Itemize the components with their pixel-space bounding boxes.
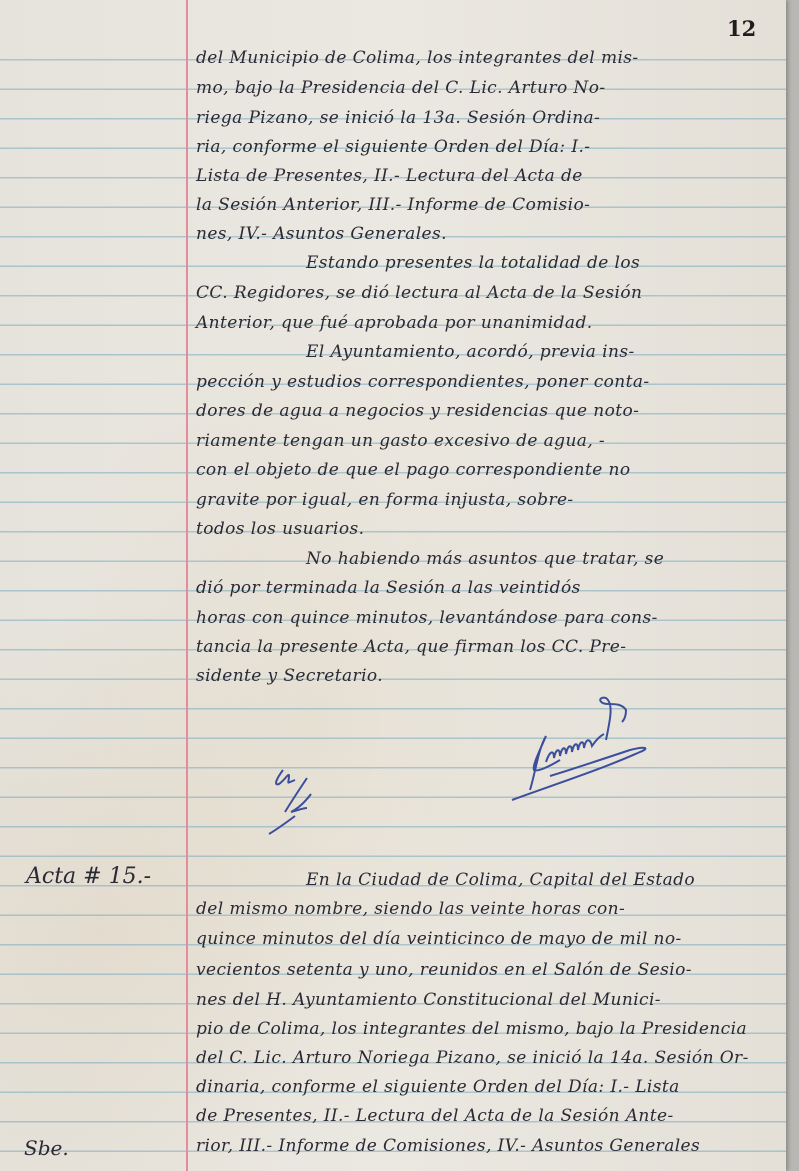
bottom-margin-note: Sbe. xyxy=(24,1136,69,1160)
text-line: tancia la presente Acta, que firman los … xyxy=(196,637,786,657)
text-line: ria, conforme el siguiente Orden del Día… xyxy=(196,137,786,157)
text-line: En la Ciudad de Colima, Capital del Esta… xyxy=(196,870,799,890)
ledger-page: 12 del Municipio de Colima, los integran… xyxy=(0,0,786,1171)
text-line: la Sesión Anterior, III.- Informe de Com… xyxy=(196,195,786,215)
text-line: rior, III.- Informe de Comisiones, IV.- … xyxy=(196,1136,786,1156)
signature-secretary xyxy=(255,750,345,840)
text-line: del mismo nombre, siendo las veinte hora… xyxy=(196,899,786,919)
text-line: dió por terminada la Sesión a las veinti… xyxy=(196,578,786,598)
text-line: CC. Regidores, se dió lectura al Acta de… xyxy=(196,283,786,303)
text-line: con el objeto de que el pago correspondi… xyxy=(196,460,786,480)
text-line: vecientos setenta y uno, reunidos en el … xyxy=(196,960,786,980)
text-line: pección y estudios correspondientes, pon… xyxy=(196,372,786,392)
text-line: sidente y Secretario. xyxy=(196,666,786,686)
margin-red-line xyxy=(186,0,188,1171)
text-line: horas con quince minutos, levantándose p… xyxy=(196,608,786,628)
text-line: Estando presentes la totalidad de los xyxy=(196,253,799,273)
text-line: quince minutos del día veinticinco de ma… xyxy=(196,929,786,949)
text-line: nes, IV.- Asuntos Generales. xyxy=(196,224,786,244)
text-line: gravite por igual, en forma injusta, sob… xyxy=(196,490,786,510)
text-line: nes del H. Ayuntamiento Constitucional d… xyxy=(196,990,786,1010)
text-line: riega Pizano, se inició la 13a. Sesión O… xyxy=(196,108,786,128)
text-line: dores de agua a negocios y residencias q… xyxy=(196,401,786,421)
page-number: 12 xyxy=(727,16,756,41)
text-line: riamente tengan un gasto excesivo de agu… xyxy=(196,431,786,451)
text-line: No habiendo más asuntos que tratar, se xyxy=(196,549,799,569)
text-line: de Presentes, II.- Lectura del Acta de l… xyxy=(196,1106,786,1126)
margin-act-label: Acta # 15.- xyxy=(26,864,151,889)
text-line: El Ayuntamiento, acordó, previa ins- xyxy=(196,342,799,362)
text-line: dinaria, conforme el siguiente Orden del… xyxy=(196,1077,786,1097)
text-line: pio de Colima, los integrantes del mismo… xyxy=(196,1019,786,1039)
text-line: del C. Lic. Arturo Noriega Pizano, se in… xyxy=(196,1048,786,1068)
text-line: mo, bajo la Presidencia del C. Lic. Artu… xyxy=(196,78,786,98)
text-line: Lista de Presentes, II.- Lectura del Act… xyxy=(196,166,786,186)
text-line: del Municipio de Colima, los integrantes… xyxy=(196,48,786,68)
signature-president xyxy=(490,690,690,810)
text-line: todos los usuarios. xyxy=(196,519,786,539)
text-line: Anterior, que fué aprobada por unanimida… xyxy=(196,313,786,333)
